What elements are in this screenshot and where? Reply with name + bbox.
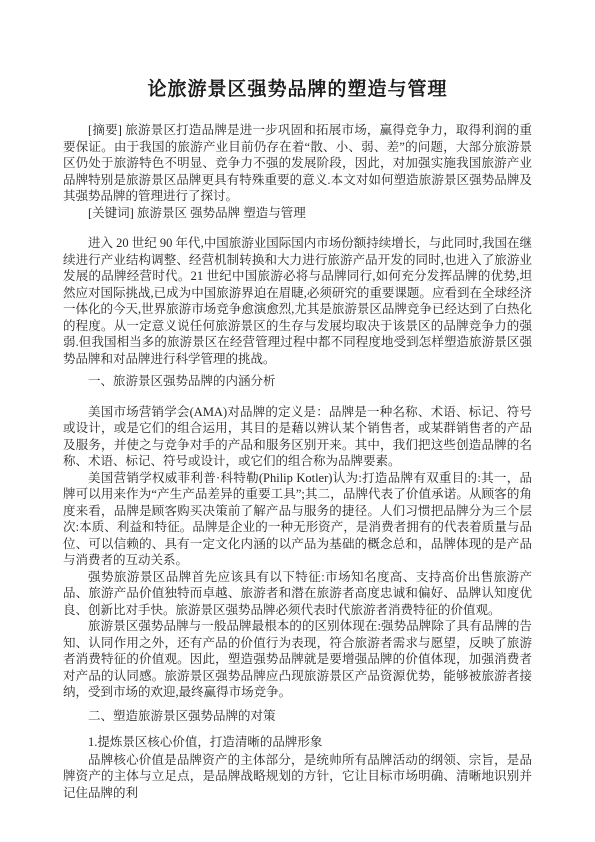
paragraph-strong-brand-features: 强势旅游景区品牌首先应该具有以下特征:市场知名度高、支持高价出售旅游产品、旅游产… [63, 569, 532, 619]
paper-title: 论旅游景区强势品牌的塑造与管理 [63, 74, 532, 101]
section1-heading: 一、旅游景区强势品牌的内涵分析 [63, 373, 532, 390]
paragraph-kotler-view: 美国营销学权威菲利普·科特勒(Philip Kotler)认为:打造品牌有双重目… [63, 470, 532, 569]
paragraph-core-value: 品牌核心价值是品牌资产的主体部分，是统帅所有品牌活动的纲领、宗旨，是品牌资产的主… [63, 752, 532, 802]
abstract-paragraph: [摘要] 旅游景区打造品牌是进一步巩固和拓展市场，赢得竞争力，取得利润的重要保证… [63, 122, 532, 205]
paragraph-ama-definition: 美国市场营销学会(AMA)对品牌的定义是：品牌是一种名称、术语、标记、符号或设计… [63, 404, 532, 470]
paper-content: 论旅游景区强势品牌的塑造与管理 [摘要] 旅游景区打造品牌是进一步巩固和拓展市场… [63, 74, 532, 801]
keywords-line: [关键词] 旅游景区 强势品牌 塑造与管理 [63, 205, 532, 222]
paragraph-brand-difference: 旅游景区强势品牌与一般品牌最根本的的区别体现在:强势品牌除了具有品牌的告知、认同… [63, 618, 532, 701]
paper-page: 论旅游景区强势品牌的塑造与管理 [摘要] 旅游景区打造品牌是进一步巩固和拓展市场… [0, 0, 595, 842]
section2-heading: 二、塑造旅游景区强势品牌的对策 [63, 708, 532, 725]
intro-paragraph: 进入 20 世纪 90 年代,中国旅游业国际国内市场份额持续增长，与此同时,我国… [63, 235, 532, 367]
section2-subheading-1: 1.提炼景区核心价值，打造清晰的品牌形象 [63, 734, 532, 751]
